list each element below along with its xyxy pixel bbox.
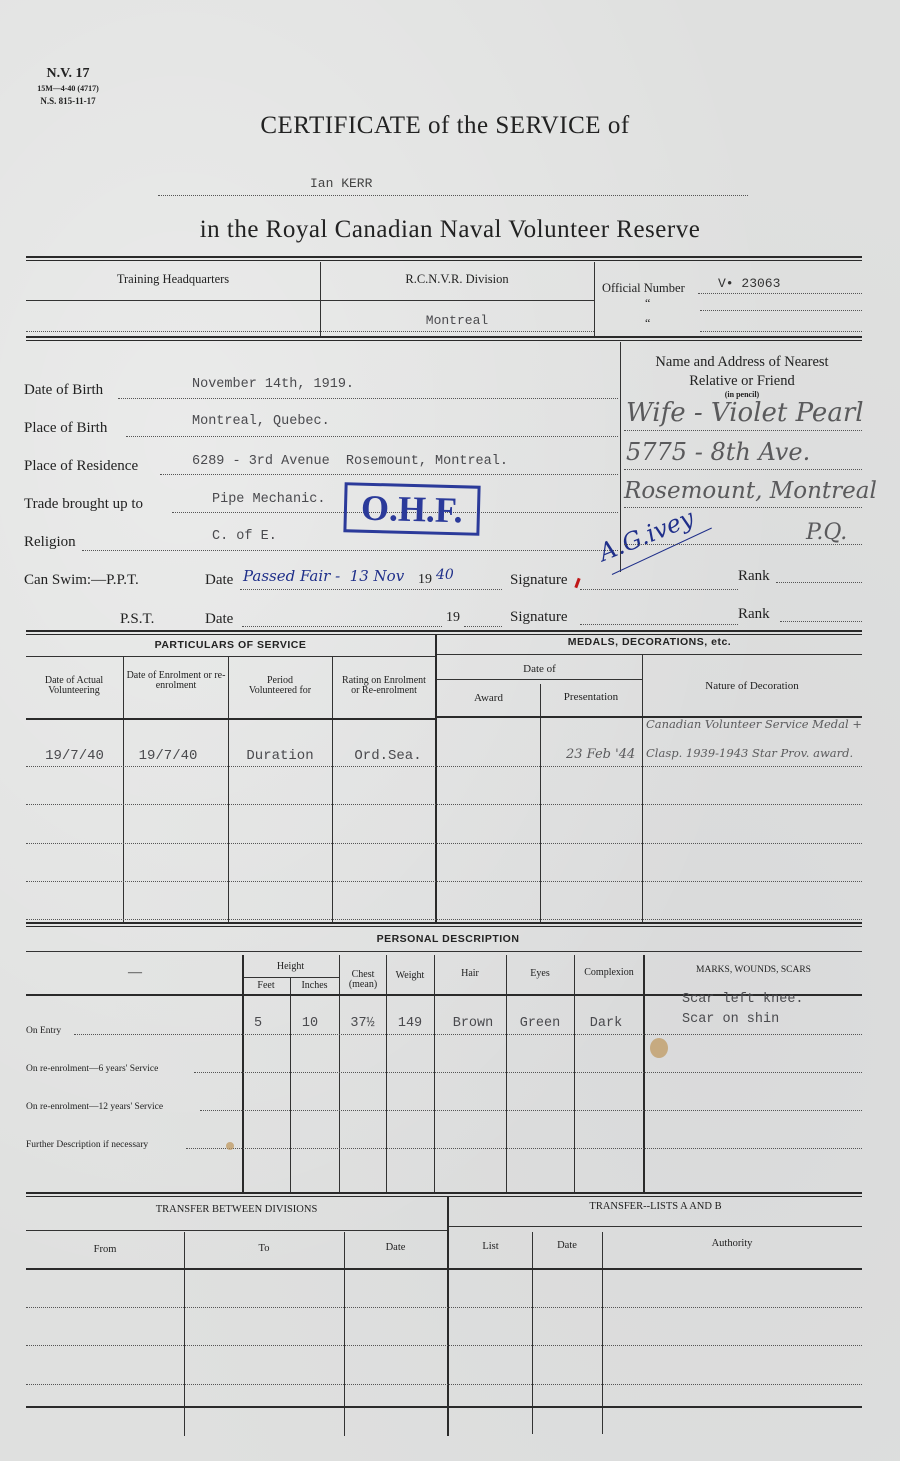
divider — [580, 589, 738, 590]
residence-label: Place of Residence — [24, 458, 138, 475]
divider — [118, 398, 618, 399]
paper-stain — [650, 1038, 668, 1058]
serviceman-name: Ian KERR — [310, 176, 372, 191]
ppt-signature-label: Signature — [510, 572, 568, 589]
official-number-label: Official Number — [602, 281, 685, 296]
row-label-further: Further Description if necessary — [26, 1140, 148, 1150]
nok-line3: Rosemount, Montreal — [624, 478, 877, 504]
row-label-6yr: On re-enrolment—6 years' Service — [26, 1064, 158, 1074]
nok-title-line1: Name and Address of Nearest — [622, 353, 862, 372]
date-of-birth-label: Date of Birth — [24, 382, 103, 399]
ppt-date-label: Date — [205, 572, 233, 589]
divider — [26, 843, 862, 844]
divider — [186, 1148, 862, 1149]
divider — [26, 1406, 862, 1408]
place-of-birth-label: Place of Birth — [24, 420, 107, 437]
divider — [700, 331, 862, 332]
mark-1: Scar left knee. — [682, 992, 804, 1007]
divider — [643, 955, 645, 1193]
ppt-year-value: 40 — [436, 567, 454, 583]
training-hq-label: Training Headquarters — [26, 272, 320, 287]
divider — [26, 1307, 862, 1308]
divider — [26, 300, 594, 301]
divider — [26, 656, 435, 657]
divider — [698, 293, 862, 294]
divider — [82, 550, 618, 551]
ppt-year-prefix: 19 — [418, 572, 432, 588]
divider — [290, 978, 291, 1193]
form-codes: N.V. 17 15M—4-40 (4717) N.S. 815-11-17 — [28, 66, 108, 106]
description-dash: — — [110, 965, 160, 981]
transfer-divisions-title: TRANSFER BETWEEN DIVISIONS — [26, 1204, 447, 1215]
transfer-date-label: Date — [344, 1242, 447, 1253]
award-label: Award — [437, 692, 540, 704]
official-number-value: V• 23063 — [718, 276, 780, 291]
entry-chest: 37½ — [339, 1016, 386, 1031]
ohf-stamp: O.H.F. — [343, 482, 480, 536]
nok-line4: P.Q. — [806, 520, 847, 545]
divider — [26, 336, 862, 341]
date-of-label: Date of — [437, 663, 642, 675]
date-of-birth-value: November 14th, 1919. — [192, 377, 354, 392]
division-value: Montreal — [320, 313, 594, 328]
divider — [580, 624, 738, 625]
transfer-to-label: To — [184, 1243, 344, 1254]
entry-weight: 149 — [386, 1016, 434, 1031]
transfer-lists-title: TRANSFER--LISTS A AND B — [449, 1201, 862, 1212]
print-code: 15M—4-40 (4717) — [28, 84, 108, 93]
chest-label: Chest (mean) — [341, 970, 385, 990]
pst-rank-label: Rank — [738, 606, 770, 623]
divider — [437, 679, 642, 680]
religion-value: C. of E. — [212, 529, 277, 544]
divider — [26, 766, 862, 767]
divider — [464, 626, 502, 627]
divider — [244, 977, 339, 978]
hair-label: Hair — [434, 968, 506, 979]
service-row-rating: Ord.Sea. — [340, 748, 436, 764]
divider — [780, 621, 862, 622]
divider — [447, 1196, 449, 1436]
ppt-date-value: Passed Fair - 13 Nov — [243, 567, 404, 585]
trade-label: Trade brought up to — [24, 496, 143, 513]
service-row-enrolment: 19/7/40 — [123, 748, 213, 764]
divider — [26, 881, 862, 882]
pst-year-prefix: 19 — [446, 610, 460, 626]
feet-label: Feet — [242, 980, 290, 991]
weight-label: Weight — [386, 970, 434, 981]
divider — [776, 582, 862, 583]
divider — [532, 1232, 533, 1434]
divider — [26, 804, 862, 805]
divider — [242, 626, 442, 627]
description-title: PERSONAL DESCRIPTION — [240, 933, 656, 945]
divider — [434, 955, 435, 1193]
ditto-mark: “ — [645, 296, 650, 311]
divider — [26, 331, 594, 332]
divider — [594, 262, 595, 336]
authority-label: Authority — [602, 1238, 862, 1249]
height-label: Height — [242, 961, 339, 972]
list-label: List — [449, 1241, 532, 1252]
trade-value: Pipe Mechanic. — [212, 492, 325, 507]
nok-line2: 5775 - 8th Ave. — [626, 438, 810, 466]
divider — [26, 630, 862, 635]
divider — [624, 507, 862, 508]
medal-presentation-date: 23 Feb '44 — [566, 747, 635, 762]
page-subtitle: in the Royal Canadian Naval Volunteer Re… — [80, 216, 820, 244]
complexion-label: Complexion — [574, 967, 644, 978]
divider — [437, 654, 862, 655]
transfer-from-label: From — [26, 1244, 184, 1255]
ditto-mark: “ — [645, 316, 650, 331]
divider — [602, 1232, 603, 1434]
swim-label: Can Swim:—P.P.T. — [24, 572, 139, 589]
nok-title-line2: Relative or Friend — [622, 372, 862, 391]
name-line — [158, 195, 748, 196]
divider — [332, 656, 333, 922]
service-row-period: Duration — [228, 748, 332, 764]
divider — [339, 955, 340, 1193]
divider — [506, 955, 507, 1193]
col-enrolment: Date of Enrolment or re-enrolment — [126, 671, 226, 691]
place-of-birth-value: Montreal, Quebec. — [192, 414, 330, 429]
divider — [642, 654, 643, 922]
religion-label: Religion — [24, 534, 76, 551]
page-title: CERTIFICATE of the SERVICE of — [140, 112, 750, 140]
service-row-volunteering: 19/7/40 — [26, 748, 123, 764]
col-actual-volunteering: Date of Actual Volunteering — [36, 676, 112, 696]
mark-2: Scar on shin — [682, 1012, 779, 1027]
divider — [194, 1072, 862, 1073]
divider — [26, 951, 862, 952]
red-tick-mark — [574, 578, 580, 588]
eyes-label: Eyes — [506, 968, 574, 979]
divider — [200, 1110, 862, 1111]
divider — [574, 955, 575, 1193]
row-label-entry: On Entry — [26, 1026, 61, 1036]
pst-signature-label: Signature — [510, 609, 568, 626]
divider — [123, 656, 124, 922]
divider — [624, 544, 862, 545]
entry-hair: Brown — [440, 1016, 506, 1031]
residence-value: 6289 - 3rd Avenue Rosemount, Montreal. — [192, 454, 508, 469]
divider — [26, 922, 862, 927]
divider — [449, 1226, 862, 1227]
medal-nature-line1: Canadian Volunteer Service Medal + — [646, 717, 862, 731]
divider — [386, 955, 387, 1193]
divider — [26, 1268, 862, 1270]
ppt-rank-label: Rank — [738, 568, 770, 585]
divider — [624, 430, 862, 431]
divider — [126, 436, 618, 437]
divider — [26, 919, 862, 920]
divider — [540, 684, 541, 922]
divider — [26, 1230, 447, 1231]
divider — [74, 1034, 862, 1035]
pst-label: P.S.T. — [120, 611, 154, 628]
form-number: N.V. 17 — [28, 66, 108, 82]
row-label-12yr: On re-enrolment—12 years' Service — [26, 1102, 163, 1112]
entry-feet: 5 — [242, 1016, 274, 1031]
divider — [26, 1384, 862, 1385]
divider — [26, 718, 435, 720]
col-period: Period Volunteered for — [244, 676, 316, 696]
pst-date-label: Date — [205, 611, 233, 628]
service-title: PARTICULARS OF SERVICE — [26, 639, 435, 651]
presentation-label: Presentation — [540, 691, 642, 703]
ns-code: N.S. 815-11-17 — [28, 96, 108, 106]
divider — [228, 656, 229, 922]
divider — [160, 474, 618, 475]
medals-title: MEDALS, DECORATIONS, etc. — [437, 636, 862, 648]
divider — [624, 469, 862, 470]
entry-eyes: Green — [506, 1016, 574, 1031]
nature-label: Nature of Decoration — [642, 680, 862, 692]
entry-inches: 10 — [290, 1016, 330, 1031]
list-date-label: Date — [532, 1240, 602, 1251]
divider — [700, 310, 862, 311]
col-rating: Rating on Enrolment or Re-enrolment — [340, 676, 428, 696]
divider — [240, 589, 502, 590]
entry-complexion: Dark — [574, 1016, 638, 1031]
divider — [26, 1192, 862, 1197]
nok-line1: Wife - Violet Pearl — [626, 398, 864, 428]
inches-label: Inches — [290, 980, 339, 991]
paper-stain — [226, 1142, 234, 1150]
divider — [26, 1345, 862, 1346]
marks-label: MARKS, WOUNDS, SCARS — [645, 965, 862, 975]
divider — [26, 256, 862, 261]
nok-title: Name and Address of Nearest Relative or … — [622, 353, 862, 391]
medal-nature-line2: Clasp. 1939-1943 Star Prov. award. — [646, 746, 853, 760]
division-label: R.C.N.V.R. Division — [320, 272, 594, 287]
